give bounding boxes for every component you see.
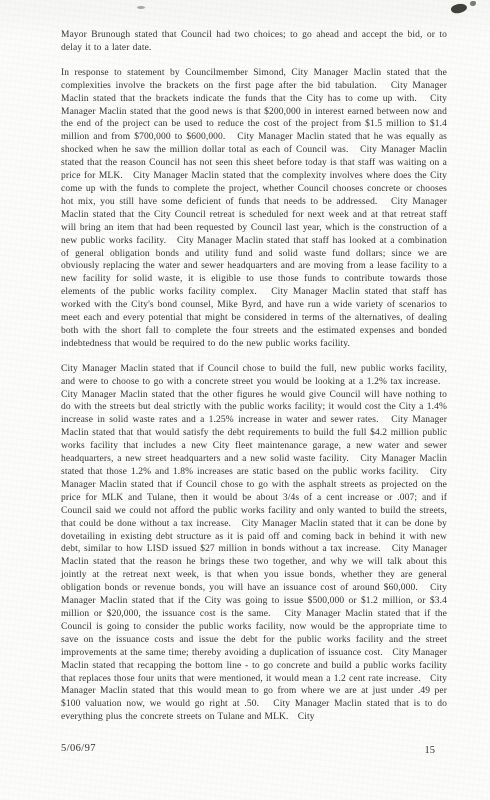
body-paragraph: In response to statement by Councilmembe… (61, 67, 447, 351)
page-number: 15 (425, 745, 436, 756)
scan-artifact-speck (470, 1, 476, 6)
body-paragraph: Mayor Brunough stated that Council had t… (61, 29, 447, 55)
body-paragraph: City Manager Maclin stated that if Counc… (61, 363, 447, 724)
scan-artifact-speck (137, 6, 145, 9)
scan-artifact-speck (450, 2, 468, 15)
scanned-document-page: Mayor Brunough stated that Council had t… (0, 0, 490, 800)
minutes-text-block: Mayor Brunough stated that Council had t… (61, 29, 447, 736)
footer-date: 5/06/97 (61, 743, 96, 754)
